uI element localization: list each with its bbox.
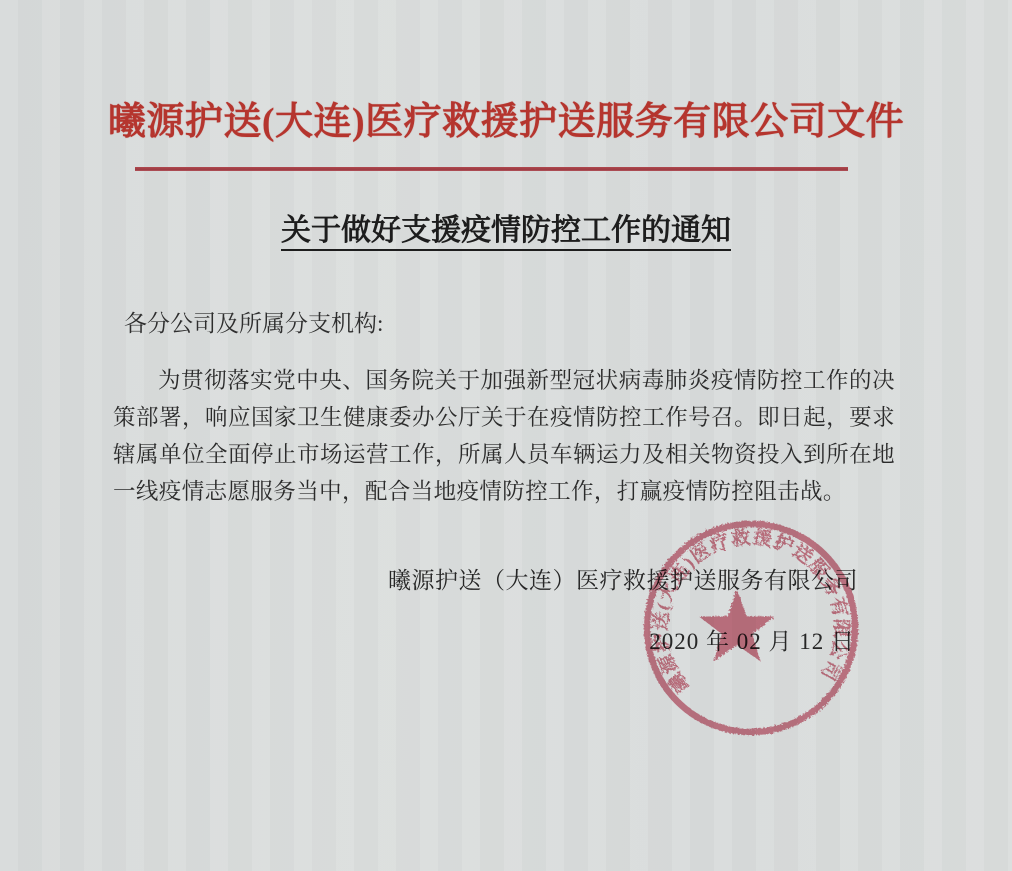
scanned-document-page: 曦源护送(大连)医疗救援护送服务有限公司文件 关于做好支援疫情防控工作的通知 各… xyxy=(0,0,1012,871)
seal-star-icon xyxy=(699,589,775,661)
red-divider-rule xyxy=(135,167,848,171)
company-letterhead: 曦源护送(大连)医疗救援护送服务有限公司文件 xyxy=(0,90,1012,145)
official-seal: 曦源护送(大连)医疗救援护送服务有限公司 xyxy=(640,514,862,742)
document-title: 关于做好支援疫情防控工作的通知 xyxy=(0,205,1012,249)
body-paragraph: 为贯彻落实党中央、国务院关于加强新型冠状病毒肺炎疫情防控工作的决策部署，响应国家… xyxy=(113,362,895,510)
salutation-line: 各分公司及所属分支机构: xyxy=(124,305,383,338)
